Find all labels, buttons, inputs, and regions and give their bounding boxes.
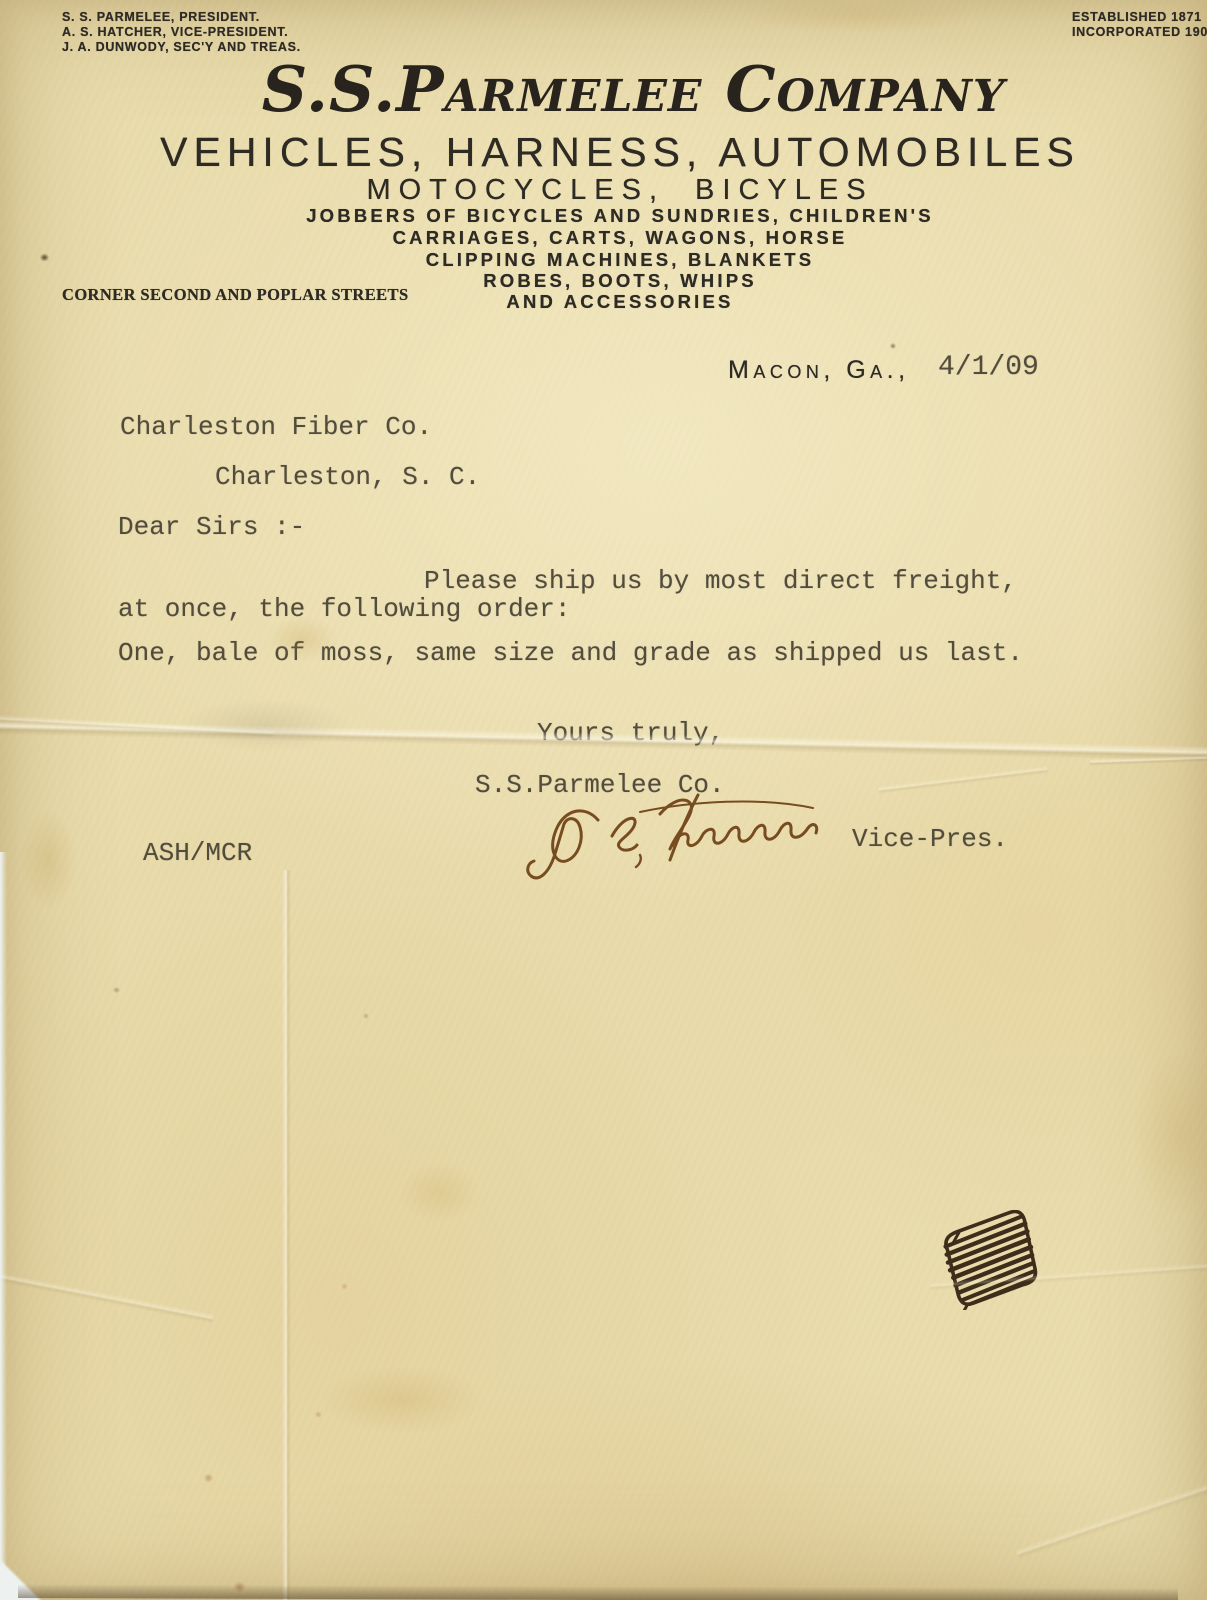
foxing-speck <box>340 1282 349 1291</box>
officer-line-president: S. S. PARMELEE, PRESIDENT. <box>62 10 301 25</box>
signer-title: Vice-Pres. <box>852 824 1008 854</box>
crease-mark <box>0 1270 214 1324</box>
tagline-carriages: CARRIAGES, CARTS, WAGONS, HORSE <box>0 227 1207 249</box>
foxing-speck <box>202 1472 215 1484</box>
foxing-speck <box>362 1012 370 1020</box>
foxing-speck <box>314 1410 323 1419</box>
tagline-clipping: CLIPPING MACHINES, BLANKETS <box>0 249 1207 271</box>
officer-line-vice-president: A. S. HATCHER, VICE-PRESIDENT. <box>62 25 301 40</box>
signature-hatcher <box>520 768 860 888</box>
fold-crease-vertical <box>282 870 291 1600</box>
scan-edge-left <box>0 852 7 1597</box>
body-line-3: One, bale of moss, same size and grade a… <box>118 638 1023 668</box>
foxing-speck <box>232 1580 247 1594</box>
tagline-jobbers: JOBBERS OF BICYCLES AND SUNDRIES, CHILDR… <box>0 205 1207 227</box>
ink-speck <box>889 342 897 350</box>
scan-corner-bottom-left <box>0 1552 64 1600</box>
stain <box>1115 1020 1207 1250</box>
officers-block: S. S. PARMELEE, PRESIDENT. A. S. HATCHER… <box>62 10 301 55</box>
crease-mark <box>1090 755 1207 766</box>
recipient-city: Charleston, S. C. <box>215 462 480 492</box>
stain <box>8 790 88 930</box>
stain <box>140 688 390 763</box>
recipient-name: Charleston Fiber Co. <box>120 412 432 442</box>
street-address: CORNER SECOND AND POPLAR STREETS <box>62 285 409 305</box>
stain <box>288 1352 518 1447</box>
body-line-2: at once, the following order: <box>118 594 570 624</box>
ink-scribble <box>938 1210 1048 1310</box>
stain <box>700 0 1020 40</box>
letter-document: S. S. PARMELEE, PRESIDENT. A. S. HATCHER… <box>0 0 1207 1600</box>
established-text: ESTABLISHED 1871 <box>1072 10 1207 25</box>
salutation: Dear Sirs :- <box>118 512 305 542</box>
stain <box>382 1150 497 1235</box>
tagline-vehicles: VEHICLES, HARNESS, AUTOMOBILES <box>0 129 1207 176</box>
crease-mark <box>1016 1461 1207 1559</box>
fold-crease-left-segment <box>0 715 274 739</box>
dateline-date: 4/1/09 <box>938 352 1039 383</box>
reference-initials: ASH/MCR <box>143 838 252 868</box>
incorporated-text: INCORPORATED 190 <box>1072 25 1207 40</box>
foxing-speck <box>112 986 121 994</box>
body-line-1: Please ship us by most direct freight, <box>424 566 1017 596</box>
tagline-motocycles: MOTOCYCLES, BICYLES <box>0 174 1207 207</box>
crease-mark <box>878 766 1048 795</box>
valediction: Yours truly, <box>537 718 724 748</box>
dateline-place: Macon, Ga., <box>728 356 910 385</box>
scan-edge-bottom-shadow <box>18 1584 1178 1600</box>
company-name: S.S.Parmelee Company <box>30 52 1207 126</box>
established-block: ESTABLISHED 1871 INCORPORATED 190 <box>1072 10 1207 40</box>
